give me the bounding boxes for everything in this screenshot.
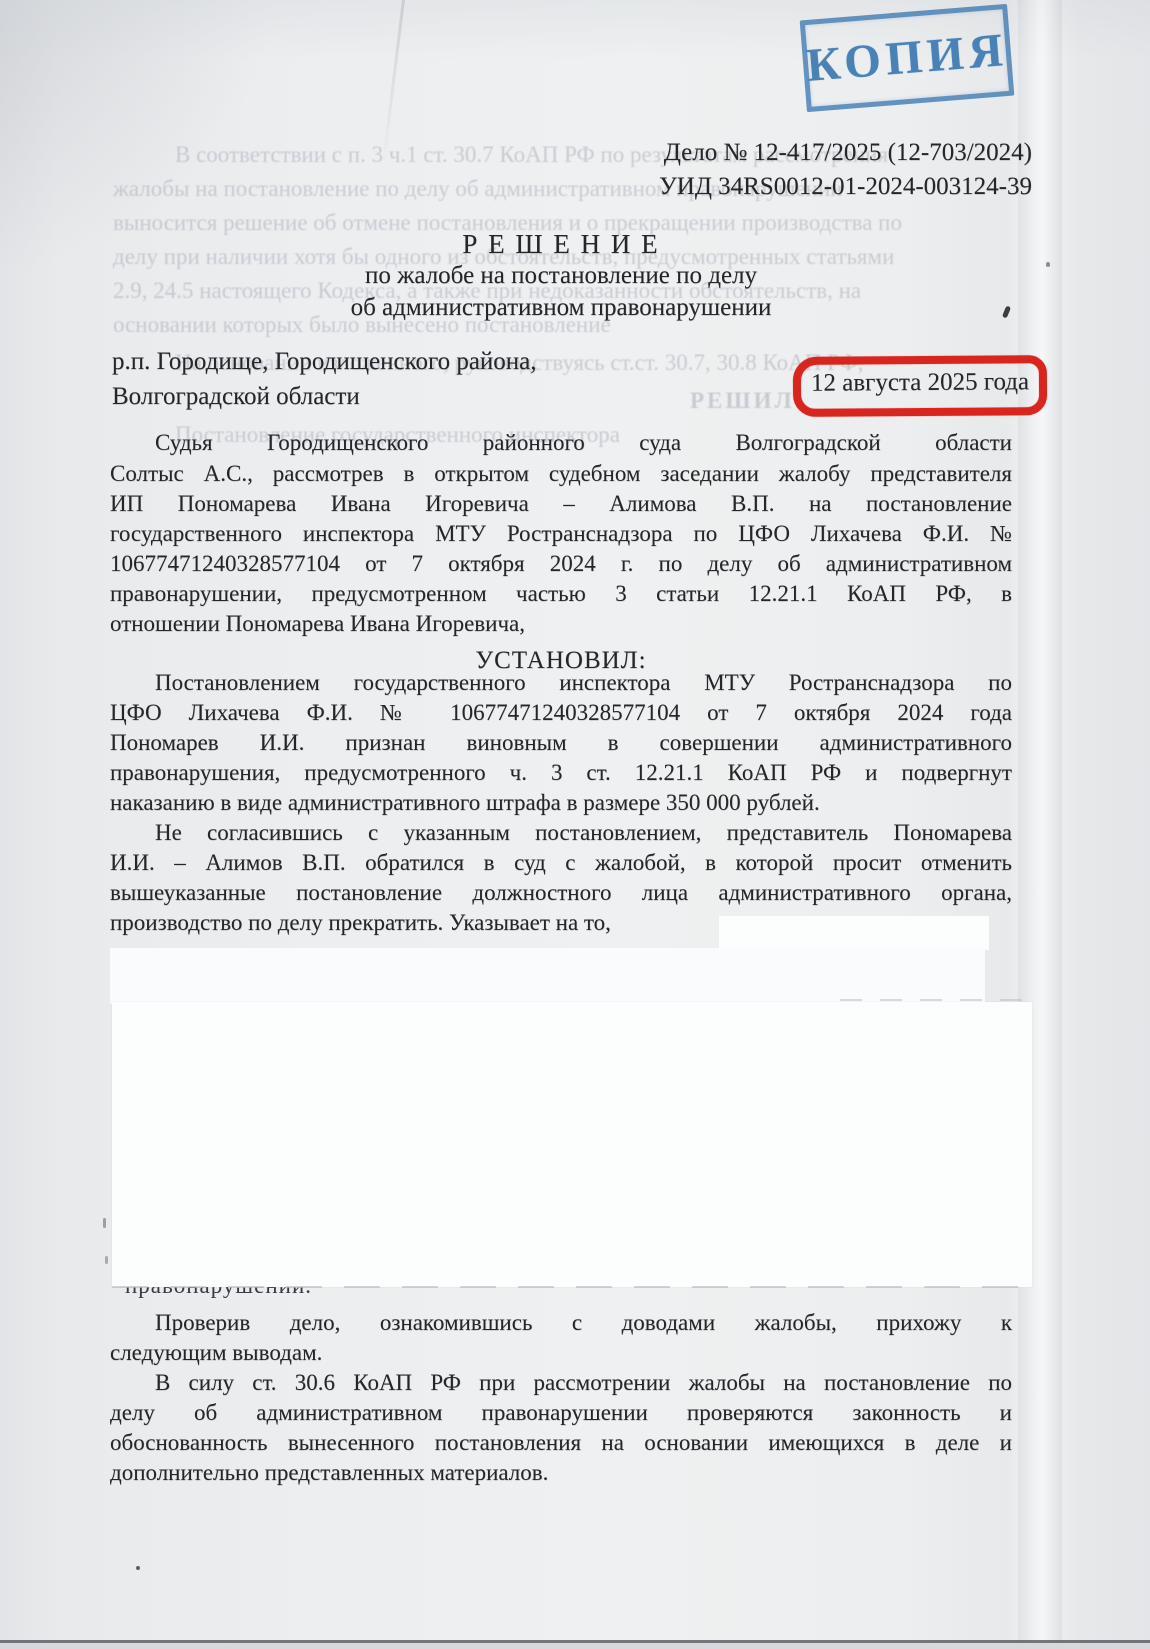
- document-title: Р Е Ш Е Н И Е по жалобе на постановление…: [110, 228, 1012, 324]
- body-line: обоснованность вынесенного постановления…: [110, 1428, 1012, 1458]
- redaction-bottom-edge-artifact: [112, 1286, 1032, 1288]
- ink-speck: [136, 1566, 140, 1570]
- body-line: 10677471240328577104 от 7 октября 2024 г…: [110, 549, 1012, 579]
- body-line: дополнительно представленных материалов.: [110, 1458, 1012, 1488]
- body-line: ИП Пономарева Ивана Игоревича – Алимова …: [110, 489, 1012, 519]
- scan-tick-mark: [103, 1218, 106, 1228]
- redaction-seam-artifact: [840, 999, 1025, 1001]
- body-line: Проверив дело, ознакомившись с доводами …: [110, 1308, 1012, 1338]
- body-line: наказанию в виде административного штраф…: [110, 788, 1012, 818]
- body-line: правонарушения, предусмотренного ч. 3 ст…: [110, 758, 1012, 788]
- title-subline-1: по жалобе на постановление по делу: [110, 260, 1012, 292]
- body-line: делу об административном правонарушении …: [110, 1398, 1012, 1428]
- redaction-block-main: [112, 1002, 1032, 1287]
- title-word: Р Е Ш Е Н И Е: [110, 228, 1012, 260]
- body-line: государственного инспектора МТУ Ространс…: [110, 519, 1012, 549]
- venue-line-2: Волгоградской области: [112, 379, 752, 414]
- scan-bottom-margin: [0, 1643, 1150, 1649]
- redaction-block-upper: [110, 948, 985, 1004]
- case-header: Дело № 12-417/2025 (12-703/2024) УИД 34R…: [115, 136, 1032, 204]
- body-line: Судья Городищенского районного суда Волг…: [110, 428, 1012, 458]
- body-line: отношении Пономарева Ивана Игоревича,: [110, 609, 1012, 639]
- body-line: ЦФО Лихачева Ф.И. № 10677471240328577104…: [110, 698, 1012, 728]
- body-line: следующим выводам.: [110, 1338, 1012, 1368]
- decision-date: 12 августа 2025 года: [801, 368, 1039, 398]
- body-line: Солтыс А.С., рассмотрев в открытом судеб…: [110, 459, 1012, 489]
- copy-stamp: КОПИЯ: [800, 4, 1015, 112]
- body-line: правонарушении, предусмотренном частью 3…: [110, 579, 1012, 609]
- ink-speck: [1046, 262, 1050, 267]
- copy-stamp-label: КОПИЯ: [804, 23, 1009, 93]
- scanned-document-page: В соответствии с п. 3 ч.1 ст. 30.7 КоАП …: [0, 0, 1150, 1649]
- body-line: вышеуказанные постановление должностного…: [110, 878, 1012, 908]
- redaction-block-line-end: [719, 916, 989, 950]
- scan-tick-mark: [105, 1256, 108, 1264]
- case-number: Дело № 12-417/2025 (12-703/2024): [115, 136, 1032, 170]
- body-line: Не согласившись с указанным постановлени…: [110, 818, 1012, 848]
- section-heading-ustanovil: УСТАНОВИЛ:: [110, 646, 1012, 676]
- body-line: В силу ст. 30.6 КоАП РФ при рассмотрении…: [110, 1368, 1012, 1398]
- venue-block: р.п. Городище, Городищенского района, Во…: [112, 344, 752, 414]
- body-line: Пономарев И.И. признан виновным в соверш…: [110, 728, 1012, 758]
- date-highlight-annotation: 12 августа 2025 года: [793, 355, 1047, 417]
- body-line: И.И. – Алимов В.П. обратился в суд с жал…: [110, 848, 1012, 878]
- venue-line-1: р.п. Городище, Городищенского района,: [112, 344, 752, 379]
- paper-crease-right: [1018, 0, 1062, 1649]
- title-subline-2: об административном правонарушении: [110, 292, 1012, 324]
- case-uid: УИД 34RS0012-01-2024-003124-39: [115, 170, 1032, 204]
